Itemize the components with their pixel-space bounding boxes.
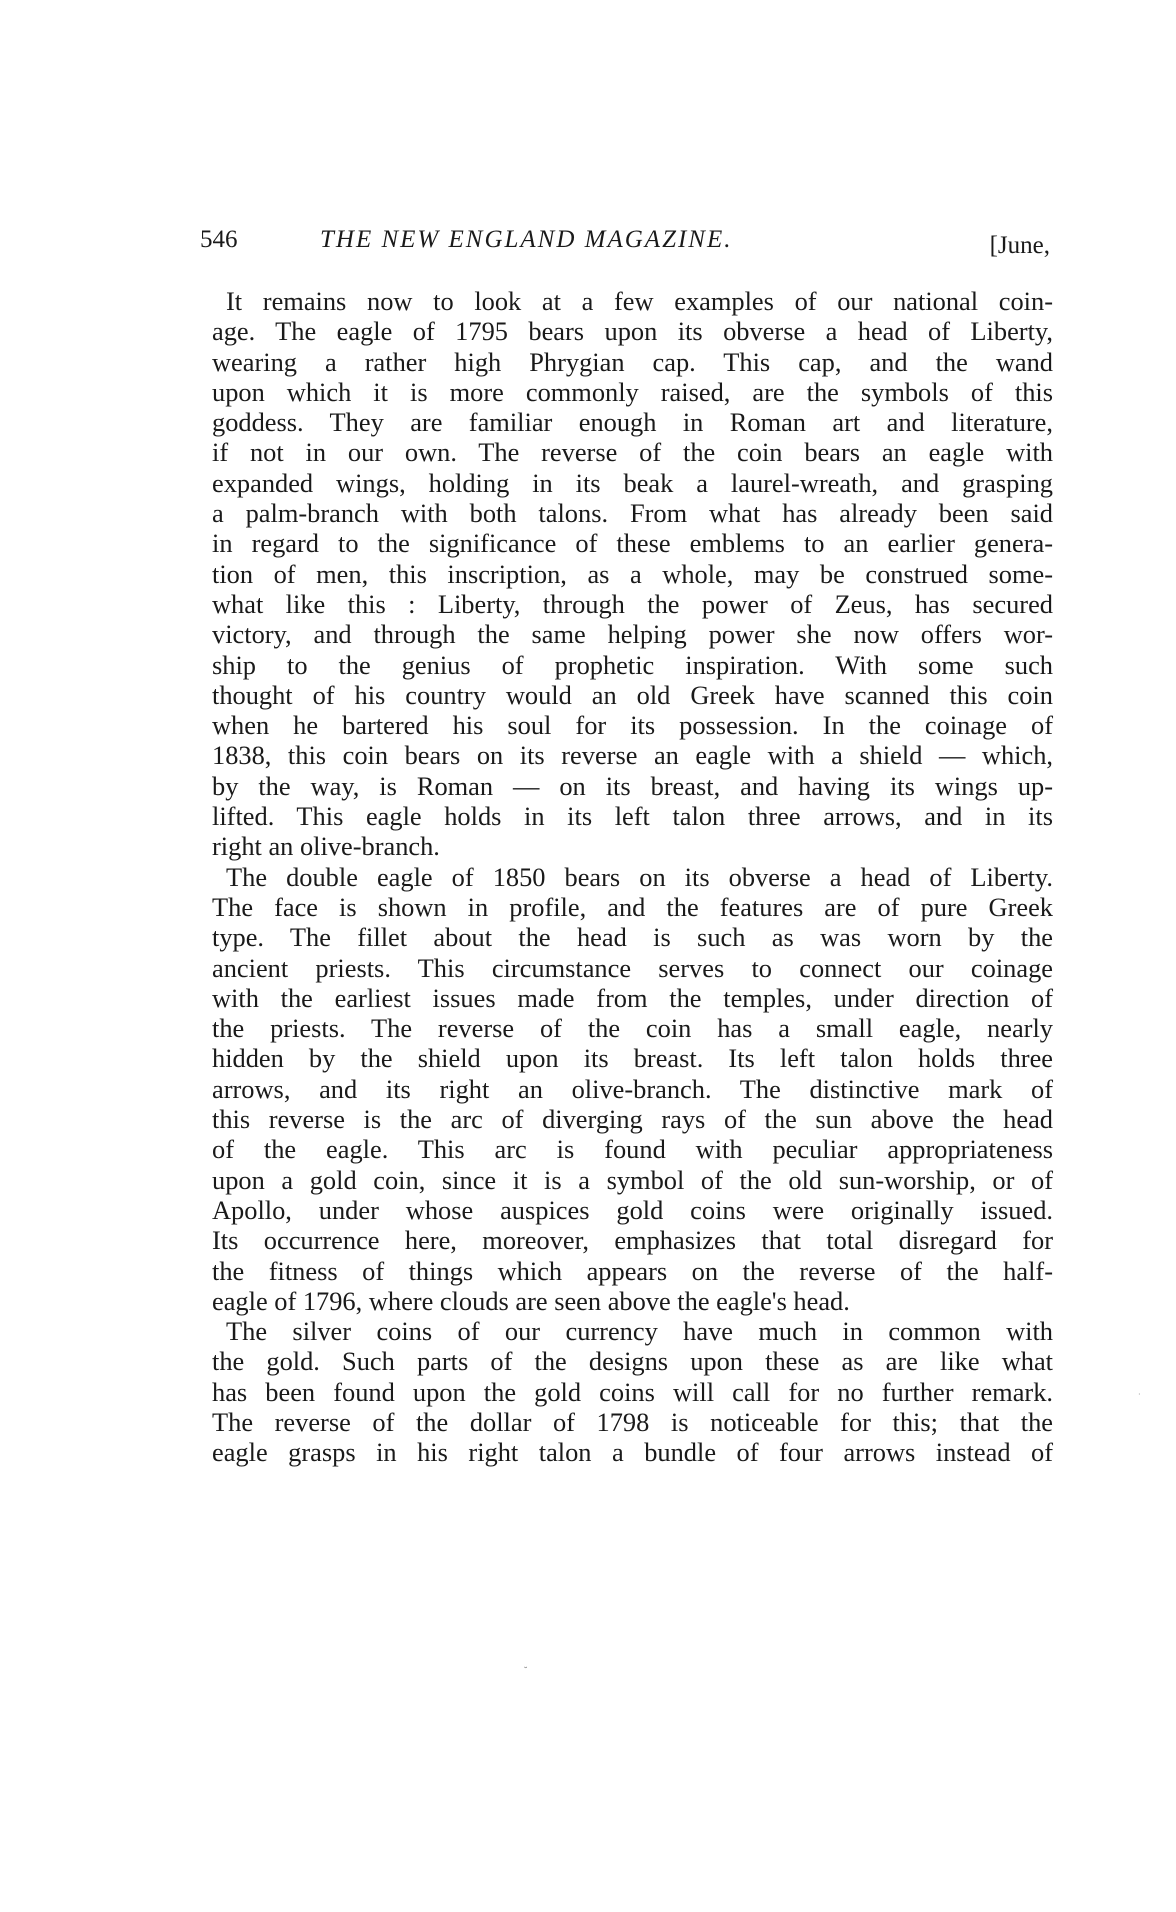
text-line: thought of his country would an old Gree… — [198, 680, 1053, 710]
text-line: upon a gold coin, since it is a symbol o… — [198, 1165, 1053, 1195]
text-line: the priests. The reverse of the coin has… — [198, 1013, 1053, 1043]
scanned-page: 546 THE NEW ENGLAND MAGAZINE. [June, It … — [0, 0, 1176, 1912]
text-line: of the eagle. This arc is found with pec… — [198, 1134, 1053, 1164]
text-line: what like this : Liberty, through the po… — [198, 589, 1053, 619]
text-line: ancient priests. This circumstance serve… — [198, 953, 1053, 983]
paragraph-2: The double eagle of 1850 bears on its ob… — [198, 862, 1053, 1316]
text-line: The face is shown in profile, and the fe… — [198, 892, 1053, 922]
text-line: wearing a rather high Phrygian cap. This… — [198, 347, 1053, 377]
text-line: The reverse of the dollar of 1798 is not… — [198, 1407, 1053, 1437]
text-line: expanded wings, holding in its beak a la… — [198, 468, 1053, 498]
text-line: upon which it is more commonly raised, a… — [198, 377, 1053, 407]
text-line: a palm-branch with both talons. From wha… — [198, 498, 1053, 528]
paragraph-3: The silver coins of our currency have mu… — [198, 1316, 1053, 1467]
text-line: with the earliest issues made from the t… — [198, 983, 1053, 1013]
article-body: It remains now to look at a few examples… — [198, 286, 1053, 1468]
paragraph-1: It remains now to look at a few examples… — [198, 286, 1053, 862]
margin-speck: · — [1138, 1390, 1141, 1399]
text-line: this reverse is the arc of diverging ray… — [198, 1104, 1053, 1134]
print-speck: ˘ — [524, 1666, 527, 1677]
text-line: right an olive-branch. — [198, 831, 1053, 861]
text-line: hidden by the shield upon its breast. It… — [198, 1043, 1053, 1073]
text-line: by the way, is Roman — on its breast, an… — [198, 771, 1053, 801]
text-line: the gold. Such parts of the designs upon… — [198, 1346, 1053, 1376]
text-line: The double eagle of 1850 bears on its ob… — [198, 862, 1053, 892]
running-head: 546 THE NEW ENGLAND MAGAZINE. [June, — [200, 226, 1050, 262]
text-line: eagle grasps in his right talon a bundle… — [198, 1437, 1053, 1467]
text-line: lifted. This eagle holds in its left tal… — [198, 801, 1053, 831]
text-line: The silver coins of our currency have mu… — [198, 1316, 1053, 1346]
text-line: Apollo, under whose auspices gold coins … — [198, 1195, 1053, 1225]
journal-title: THE NEW ENGLAND MAGAZINE. — [320, 226, 733, 254]
text-line: type. The fillet about the head is such … — [198, 922, 1053, 952]
text-line: age. The eagle of 1795 bears upon its ob… — [198, 316, 1053, 346]
text-line: arrows, and its right an olive-branch. T… — [198, 1074, 1053, 1104]
text-line: tion of men, this inscription, as a whol… — [198, 559, 1053, 589]
text-line: has been found upon the gold coins will … — [198, 1377, 1053, 1407]
text-line: 1838, this coin bears on its reverse an … — [198, 740, 1053, 770]
text-line: ship to the genius of prophetic inspirat… — [198, 650, 1053, 680]
text-line: the fitness of things which appears on t… — [198, 1256, 1053, 1286]
text-line: Its occurrence here, moreover, emphasize… — [198, 1225, 1053, 1255]
text-line: goddess. They are familiar enough in Rom… — [198, 407, 1053, 437]
text-line: if not in our own. The reverse of the co… — [198, 437, 1053, 467]
text-line: when he bartered his soul for its posses… — [198, 710, 1053, 740]
text-line: in regard to the significance of these e… — [198, 528, 1053, 558]
text-line: It remains now to look at a few examples… — [198, 286, 1053, 316]
text-line: victory, and through the same helping po… — [198, 619, 1053, 649]
page-number: 546 — [200, 226, 238, 254]
text-line: eagle of 1796, where clouds are seen abo… — [198, 1286, 1053, 1316]
issue-month: [June, — [990, 232, 1050, 260]
